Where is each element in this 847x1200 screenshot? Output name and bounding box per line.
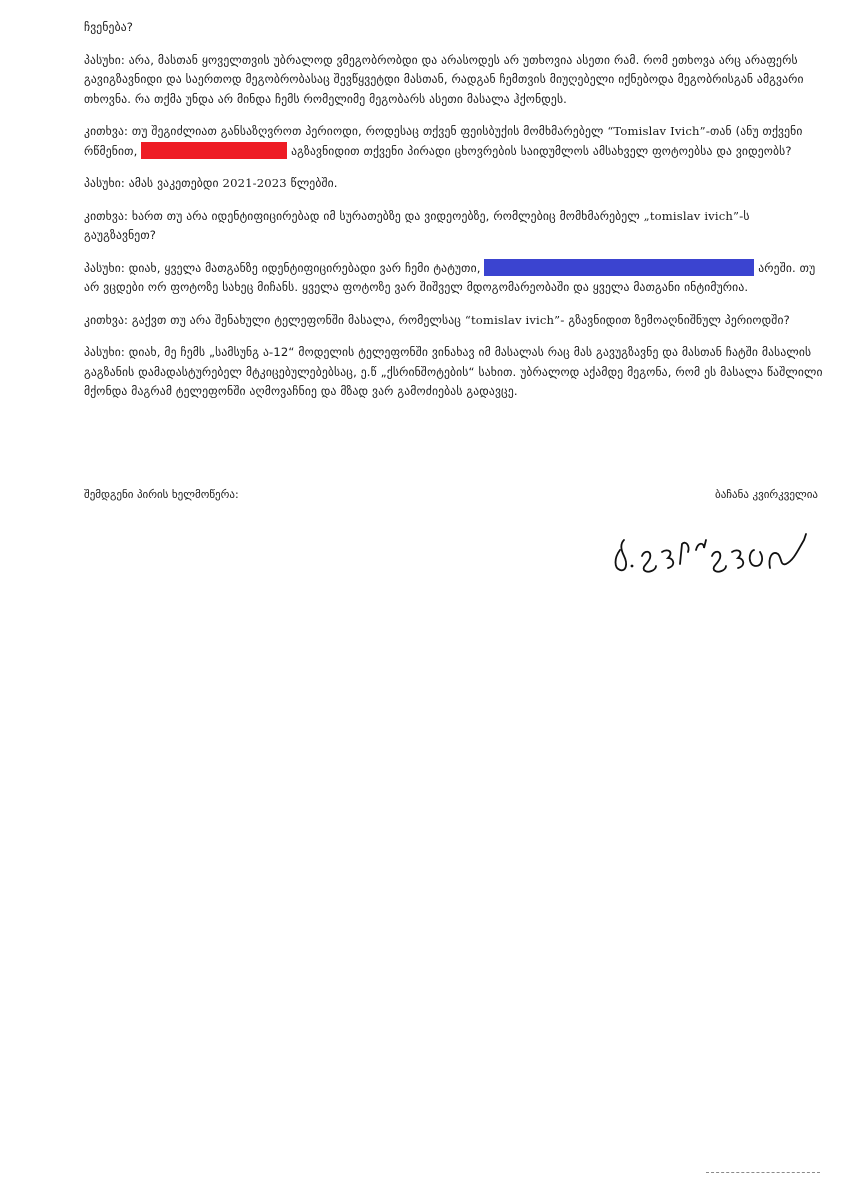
text-segment: - გზავნიდით ზემოაღნიშნულ პერიოდში? — [560, 313, 790, 327]
text-segment: კითხვა: ხართ თუ არა იდენტიფიცირებად იმ ს… — [84, 209, 644, 223]
text-segment: პასუხი: დიახ, მე ჩემს „სამსუნგ ა-12“ მოდ… — [84, 345, 823, 398]
signature-label: შემდგენი პირის ხელმოწერა: — [84, 488, 239, 501]
text-segment: წლებში. — [287, 176, 338, 190]
redaction-box-red — [141, 142, 287, 159]
paragraph-q2: კითხვა: თუ შეგიძლიათ განსაზღვროთ პერიოდი… — [84, 122, 824, 161]
text-segment: პასუხი: დიახ, ყველა მათგანზე იდენტიფიცირ… — [84, 261, 484, 275]
text-segment: აგზავნიდით თქვენი პირადი ცხოვრების საიდუ… — [287, 144, 791, 158]
text-segment: “tomislav ivich” — [465, 313, 560, 327]
text-segment: ჩვენება? — [84, 20, 133, 34]
paragraph-q4: კითხვა: გაქვთ თუ არა შენახული ტელეფონში … — [84, 311, 824, 331]
text-segment: “Tomislav Ivich” — [607, 124, 705, 138]
footer-dashed-line — [706, 1172, 820, 1173]
text-segment: პასუხი: არა, მასთან ყოველთვის უბრალოდ ვმ… — [84, 53, 804, 106]
paragraph-q3: კითხვა: ხართ თუ არა იდენტიფიცირებად იმ ს… — [84, 207, 824, 246]
signer-name: ბაჩანა კვირკველია — [715, 488, 818, 501]
text-segment: 2021-2023 — [223, 176, 287, 190]
text-segment: კითხვა: გაქვთ თუ არა შენახული ტელეფონში … — [84, 313, 465, 327]
paragraph-a1: პასუხი: არა, მასთან ყოველთვის უბრალოდ ვმ… — [84, 51, 824, 110]
signature-row: შემდგენი პირის ხელმოწერა: ბაჩანა კვირკვე… — [84, 488, 818, 501]
paragraph-a2: პასუხი: ამას ვაკეთებდი 2021-2023 წლებში. — [84, 174, 824, 194]
document-body: ჩვენება?პასუხი: არა, მასთან ყოველთვის უბ… — [84, 18, 824, 415]
redaction-box-blue — [484, 259, 754, 276]
text-segment: „tomislav ivich” — [644, 209, 739, 223]
text-segment: კითხვა: თუ შეგიძლიათ განსაზღვროთ პერიოდი… — [84, 124, 607, 138]
paragraph-a3: პასუხი: დიახ, ყველა მათგანზე იდენტიფიცირ… — [84, 259, 824, 298]
text-segment: პასუხი: ამას ვაკეთებდი — [84, 176, 223, 190]
paragraph-a4: პასუხი: დიახ, მე ჩემს „სამსუნგ ა-12“ მოდ… — [84, 343, 824, 402]
paragraph-q-continued: ჩვენება? — [84, 18, 824, 38]
handwritten-signature — [608, 520, 838, 580]
